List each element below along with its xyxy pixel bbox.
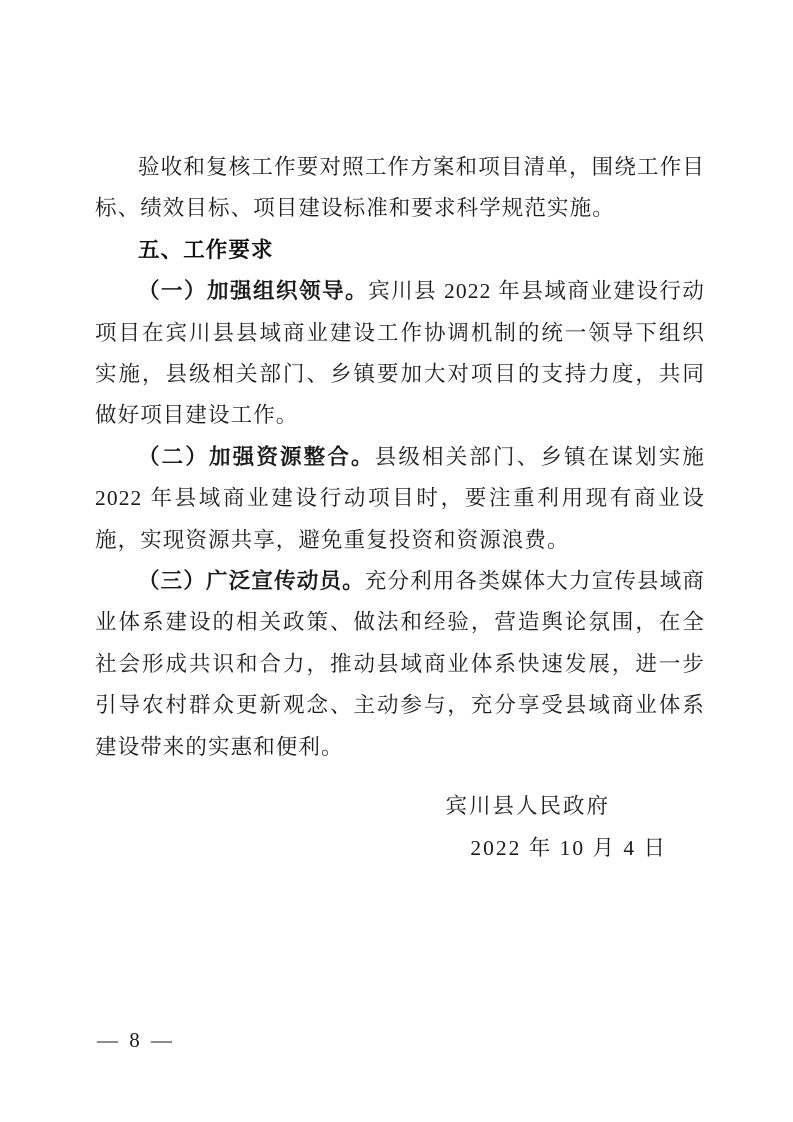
paragraph-item-3: （三）广泛宣传动员。充分利用各类媒体大力宣传县域商业体系建设的相关政策、做法和经… xyxy=(95,561,705,768)
item-3-body: 充分利用各类媒体大力宣传县域商业体系建设的相关政策、做法和经验，营造舆论氛围，在… xyxy=(95,569,705,759)
item-3-lead: （三）广泛宣传动员。 xyxy=(138,569,365,593)
item-1-lead: （一）加强组织领导。 xyxy=(138,279,368,303)
signature-date: 2022 年 10 月 4 日 xyxy=(95,828,705,869)
page-number: — 8 — xyxy=(97,1026,175,1054)
paragraph-intro: 验收和复核工作要对照工作方案和项目清单，围绕工作目标、绩效目标、项目建设标准和要… xyxy=(95,147,705,230)
item-2-lead: （二）加强资源整合。 xyxy=(138,445,375,469)
paragraph-item-1: （一）加强组织领导。宾川县 2022 年县域商业建设行动项目在宾川县县域商业建设… xyxy=(95,271,705,437)
section-heading: 五、工作要求 xyxy=(95,230,705,271)
paragraph-item-2: （二）加强资源整合。县级相关部门、乡镇在谋划实施 2022 年县域商业建设行动项… xyxy=(95,437,705,561)
document-page: 验收和复核工作要对照工作方案和项目清单，围绕工作目标、绩效目标、项目建设标准和要… xyxy=(0,0,793,1122)
document-body: 验收和复核工作要对照工作方案和项目清单，围绕工作目标、绩效目标、项目建设标准和要… xyxy=(95,147,705,869)
signature-issuer: 宾川县人民政府 xyxy=(95,786,705,827)
